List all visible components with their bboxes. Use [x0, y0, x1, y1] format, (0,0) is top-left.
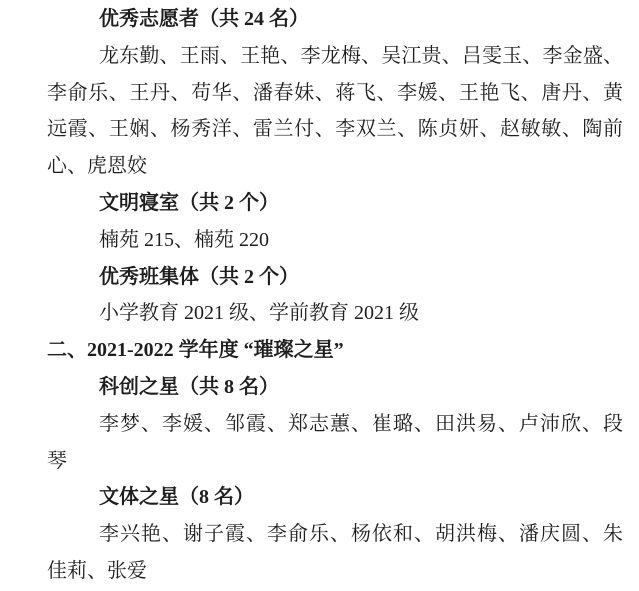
heading-outstanding-volunteers: 优秀志愿者（共 24 名）: [47, 1, 623, 38]
volunteers-names-line-4: 心、虎恩姣: [47, 148, 623, 185]
volunteers-names-line-3: 远霞、王娴、杨秀洋、雷兰付、李双兰、陈贞妍、赵敏敏、陶前: [47, 111, 623, 148]
heading-civilized-dorms: 文明寝室（共 2 个）: [47, 185, 623, 222]
volunteers-names-line-1: 龙东勤、王雨、王艳、李龙梅、吴江贵、吕雯玉、李金盛、: [47, 38, 623, 75]
arts-names-line-1: 李兴艳、谢子霞、李俞乐、杨依和、胡洪梅、潘庆圆、朱: [47, 516, 623, 553]
volunteers-names-line-2: 李俞乐、王丹、苟华、潘春妹、蒋飞、李媛、王艳飞、唐丹、黄: [47, 75, 623, 112]
document-body: 优秀志愿者（共 24 名） 龙东勤、王雨、王艳、李龙梅、吴江贵、吕雯玉、李金盛、…: [47, 1, 623, 590]
document-page: 优秀志愿者（共 24 名） 龙东勤、王雨、王艳、李龙梅、吴江贵、吕雯玉、李金盛、…: [0, 0, 639, 591]
dorms-list-line: 楠苑 215、楠苑 220: [47, 222, 623, 259]
scitech-names-line-1: 李梦、李媛、邹霞、郑志蕙、崔璐、田洪易、卢沛欣、段: [47, 406, 623, 443]
arts-names-line-2: 佳莉、张爱: [47, 553, 623, 590]
heading-part-two-star-awards: 二、2021-2022 学年度 “璀璨之星”: [47, 332, 623, 369]
heading-arts-sports-star: 文体之星（8 名）: [47, 479, 623, 516]
classes-list-line: 小学教育 2021 级、学前教育 2021 级: [47, 295, 623, 332]
heading-scitech-star: 科创之星（共 8 名）: [47, 369, 623, 406]
heading-outstanding-classes: 优秀班集体（共 2 个）: [47, 259, 623, 296]
scitech-names-line-2: 琴: [47, 443, 623, 480]
